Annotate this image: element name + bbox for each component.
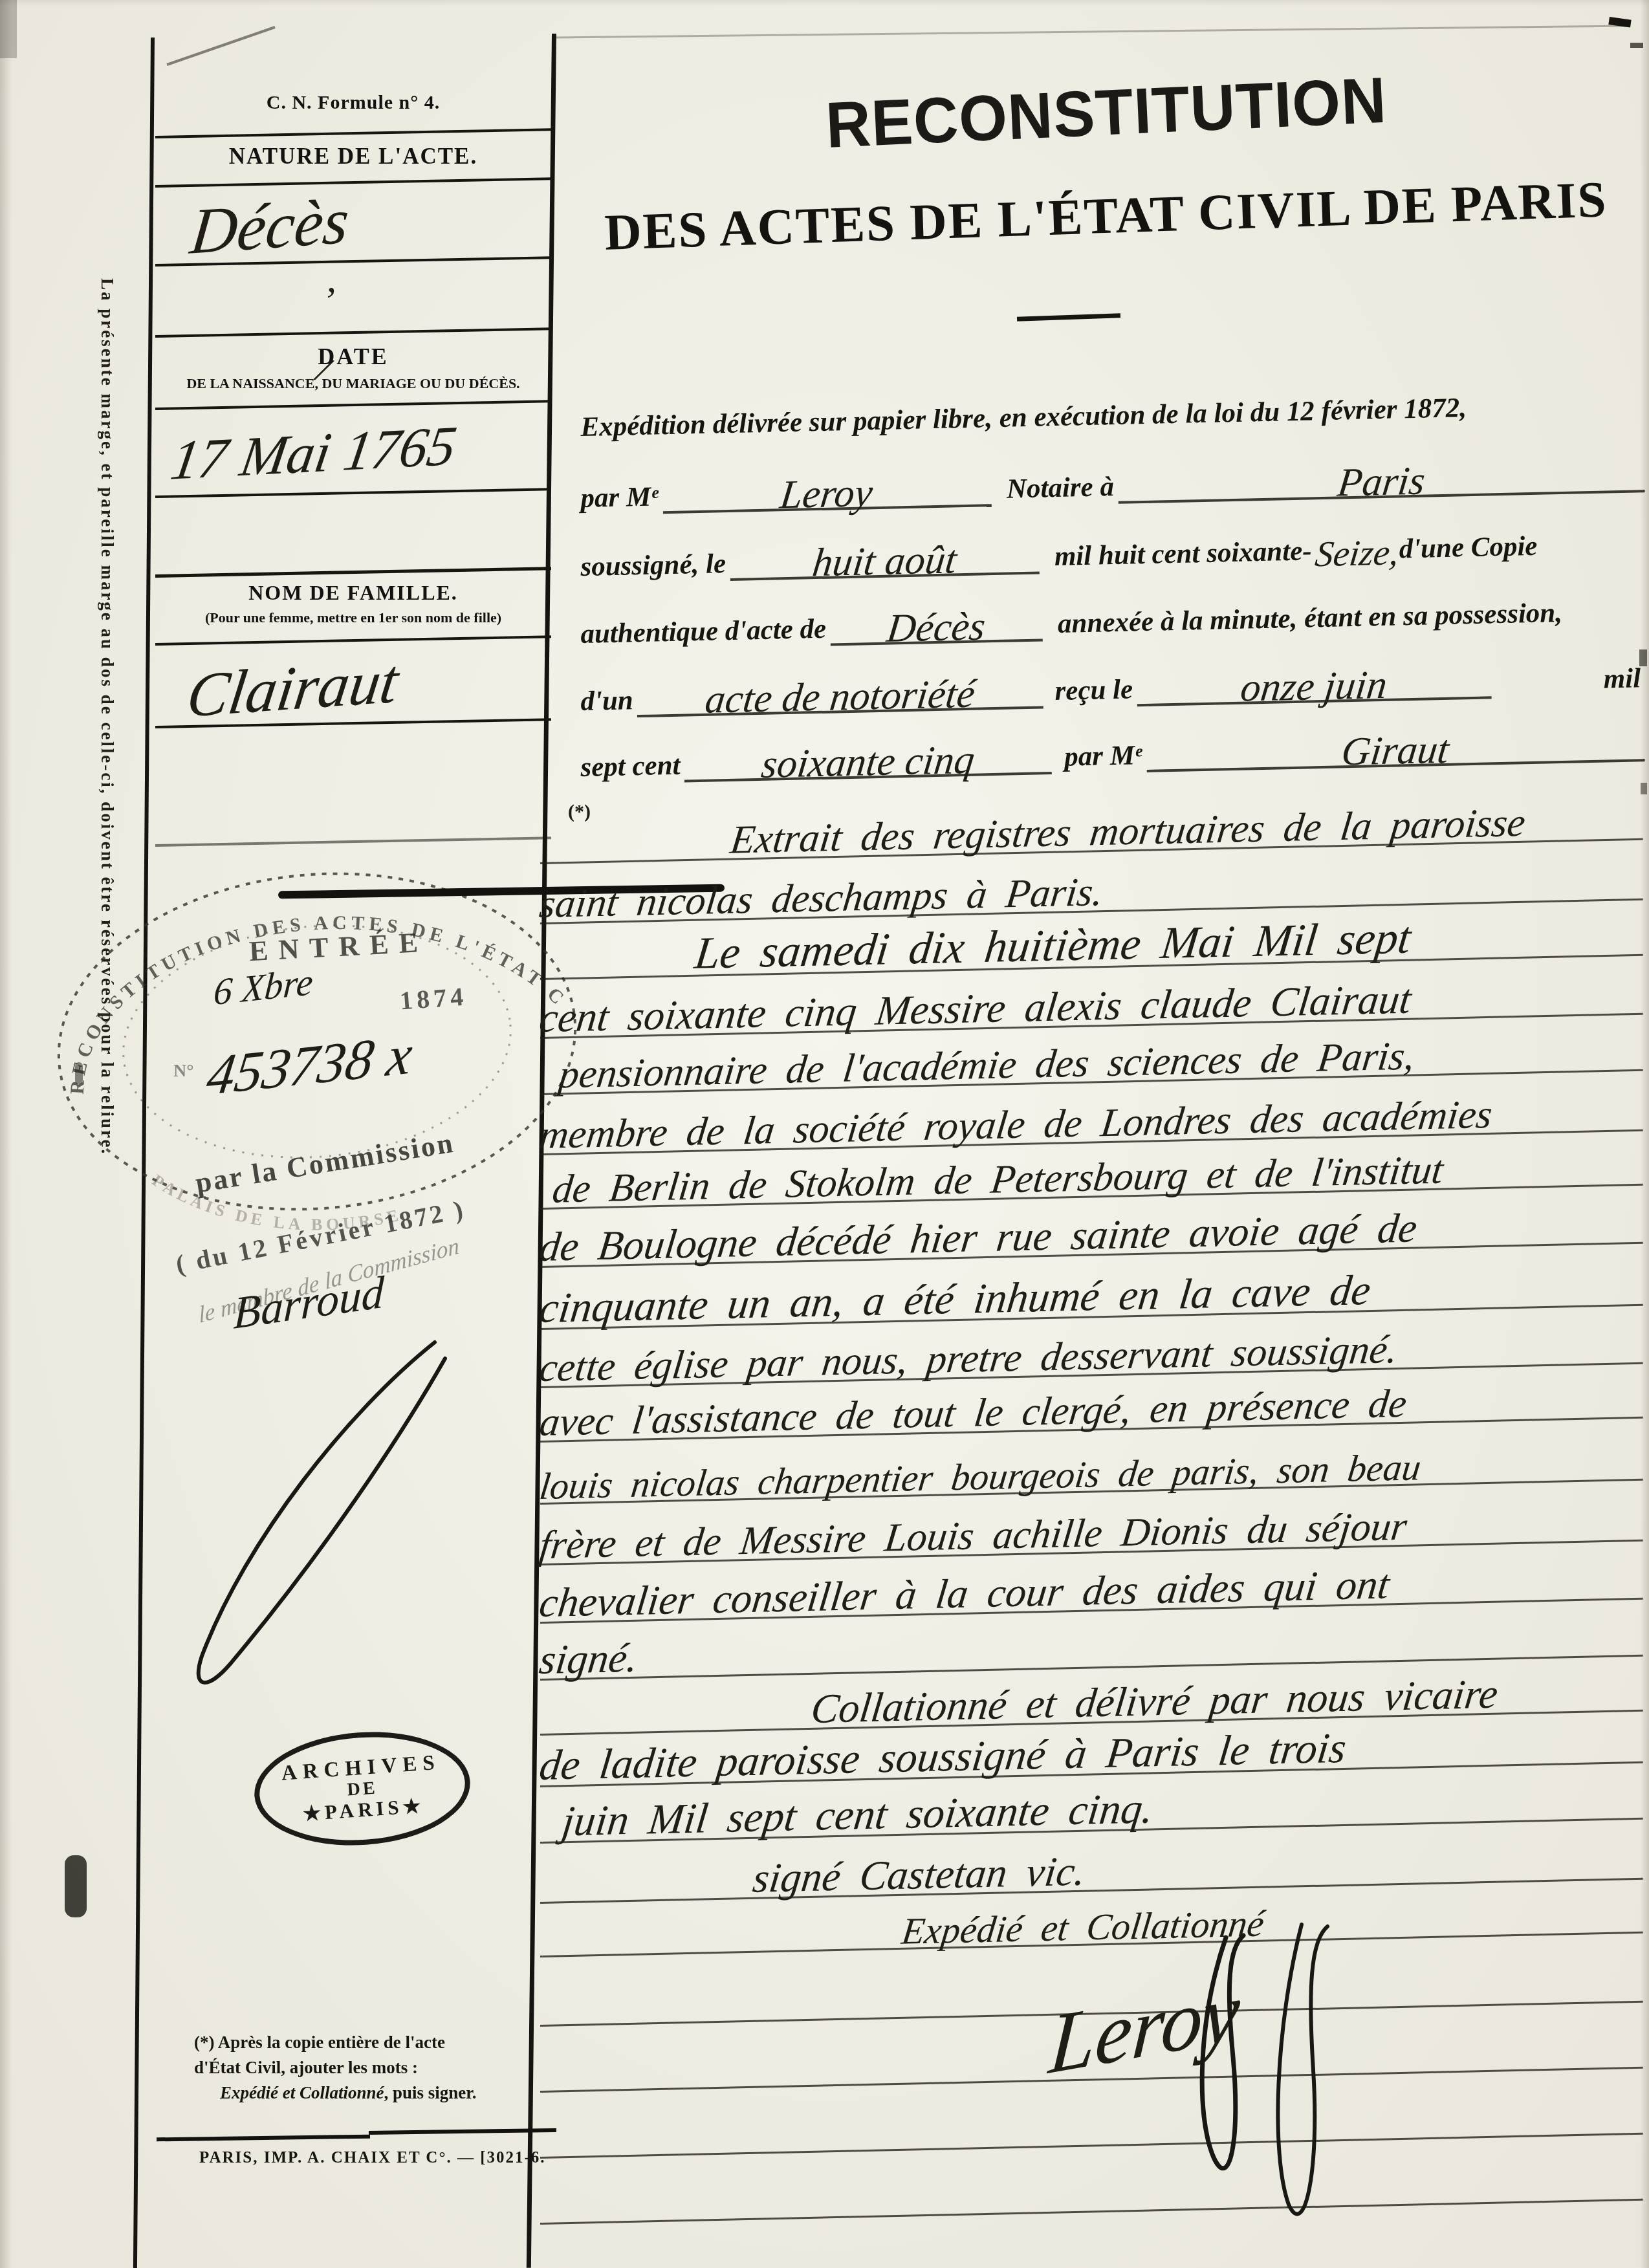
manuscript-text: frère et de Messire Louis achille Dionis… [537, 1504, 1409, 1569]
notary2-value: Giraut [1340, 737, 1450, 765]
nature-acte-label: NATURE DE L'ACTE. [155, 144, 551, 169]
leroy-signature: Leroy [1046, 1961, 1243, 2095]
printed-text: par Mᵉ [1051, 739, 1147, 774]
commission-stamp-line1: par la Commission [193, 1126, 457, 1200]
form-reference: C. N. Formule n° 4. [155, 92, 551, 114]
manuscript-line: cette église par nous, pretre desservant… [540, 1362, 1643, 1386]
act-date-value: huit août [811, 547, 958, 576]
act-year-value-wrap: Seize, [1315, 534, 1399, 568]
manuscript-line: membre de la société royale de Londres d… [540, 1129, 1643, 1153]
rule [155, 836, 551, 847]
archives-de-paris-stamp: ARCHIVES DE ★PARIS★ [250, 1725, 474, 1853]
manuscript-text: de ladite paroisse soussigné à Paris le … [537, 1724, 1349, 1791]
manuscript-line: frère et de Messire Louis achille Dionis… [540, 1540, 1643, 1564]
printed-text: Expédition délivrée sur papier libre, en… [580, 392, 1471, 444]
notary2-field: Giraut [1146, 726, 1644, 772]
manuscript-rule [540, 2133, 1643, 2159]
printed-text: d'un [580, 684, 637, 719]
manuscript-line: signé Castetan vic. [540, 1878, 1643, 1902]
manuscript-text: juin Mil sept cent soixante cinq. [560, 1784, 1156, 1846]
page-title: RECONSTITUTION [811, 63, 1402, 164]
manuscript-line: juin Mil sept cent soixante cinq. [540, 1818, 1643, 1842]
recu-date-value: onze juin [1239, 672, 1388, 701]
footnote-line3-italic: Expédié et Collationné [220, 2083, 384, 2102]
rule [155, 177, 551, 188]
footnote-line3-rest: , puis signer. [384, 2083, 477, 2102]
entry-stamp-entree: ENTRÉE [248, 926, 429, 968]
barroud-signature: Barroud [233, 1267, 385, 1340]
printed-text: sept cent [580, 750, 684, 785]
acte-notoriete-value: acte de notoriété [704, 681, 976, 713]
acte-type-field: Décès [830, 605, 1043, 646]
expedition-line4: authentique d'acte de Décès annexée à la… [580, 593, 1645, 651]
scan-edge-line [556, 26, 1630, 38]
manuscript-line: de Boulogne décédé hier rue sainte avoie… [540, 1242, 1643, 1266]
recu-year-field: soixante cinq [684, 739, 1052, 782]
rule [155, 128, 551, 138]
family-name-label: NOM DE FAMILLE. [155, 581, 551, 605]
act-date-field: huit août [729, 539, 1039, 581]
printed-text: par Mᵉ [580, 481, 663, 516]
title-rule [1017, 313, 1120, 322]
notary-city-field: Paris [1117, 457, 1644, 504]
recu-date-field: onze juin [1136, 663, 1491, 706]
expedition-line5: d'un acte de notoriété reçu le onze juin… [580, 660, 1645, 719]
family-name-sublabel: (Pour une femme, mettre en 1er son nom d… [155, 609, 551, 626]
printed-text: mil [1491, 662, 1644, 699]
printed-text: mil huit cent soixante- [1038, 535, 1316, 574]
manuscript-line [540, 2133, 1643, 2157]
printed-text: reçu le [1043, 673, 1137, 708]
act-year-value: Seize, [1314, 540, 1401, 567]
manuscript-text: cette église par nous, pretre desservant… [537, 1327, 1400, 1391]
notary-name-field: Leroy [662, 471, 991, 514]
manuscript-text: avec l'assistance de tout le clergé, en … [537, 1381, 1409, 1446]
recu-year-value: soixante cinq [760, 747, 976, 778]
manuscript-text: saint nicolas deschamps à Paris. [537, 869, 1106, 928]
footnote-marker: (*) [568, 801, 591, 823]
printed-text: authentique d'acte de [580, 613, 831, 651]
rule [155, 327, 551, 338]
printed-text: soussigné, le [580, 548, 730, 584]
document-page: La présente marge, et pareille marge au … [0, 0, 1649, 2268]
rule [155, 635, 551, 646]
rule [155, 400, 551, 410]
nature-acte-value: Décès [187, 183, 353, 269]
entry-stamp-day: 6 Xbre [212, 960, 314, 1014]
manuscript-text: louis nicolas charpentier bourgeois de p… [537, 1445, 1423, 1508]
form-left-border [133, 38, 155, 2268]
footnote-line2: d'État Civil, ajouter les mots : [194, 2055, 563, 2080]
archives-stamp-line: ★PARIS★ [302, 1794, 425, 1826]
entry-stamp-number: 453738 x [203, 1021, 417, 1108]
page-subtitle: DES ACTES DE L'ÉTAT CIVIL DE PARIS [562, 169, 1649, 264]
manuscript-text: de Boulogne décédé hier rue sainte avoie… [537, 1204, 1419, 1271]
manuscript-text: Expédié et Collationné [899, 1901, 1266, 1952]
acte-type-value: Décès [886, 613, 987, 641]
family-name-value: Clairaut [182, 644, 402, 732]
expedition-line6: sept cent soixante cinq par Mᵉ Giraut [580, 726, 1645, 785]
printed-text: annexée à la minute, étant en sa possess… [1042, 597, 1567, 642]
manuscript-line: cent soixante cinq Messire alexis claude… [540, 1013, 1643, 1037]
manuscript-line: Expédié et Collationné [540, 1932, 1643, 1956]
manuscript-line [540, 2199, 1643, 2223]
notary-city-value: Paris [1336, 468, 1426, 496]
manuscript-line: de ladite paroisse soussigné à Paris le … [540, 1761, 1643, 1785]
binding-margin-note: La présente marge, et pareille marge au … [97, 278, 117, 1779]
manuscript-line: cinquante un an, a été inhumé en la cave… [540, 1304, 1643, 1328]
manuscript-text: pensionnaire de l'académie des sciences … [556, 1033, 1417, 1098]
manuscript-line: de Berlin de Stokolm de Petersbourg et d… [540, 1184, 1643, 1208]
form-footnote: (*) Après la copie entière de l'acte d'É… [194, 2030, 563, 2106]
acte-notoriete-field: acte de notoriété [637, 673, 1043, 717]
expedition-line1: Expédition délivrée sur papier libre, en… [580, 388, 1645, 444]
date-value: 17 Mai 1765 [166, 413, 461, 493]
date-sublabel: DE LA NAISSANCE, DU MARIAGE OU DU DÉCÈS. [155, 375, 551, 392]
manuscript-text: Extrait des registres mortuaires de la p… [728, 800, 1528, 864]
notary-name-value: Leroy [779, 480, 874, 508]
manuscript-text: chevalier conseiller à la cour des aides… [537, 1560, 1392, 1627]
barroud-paraph [199, 1342, 445, 1683]
manuscript-line: pensionnaire de l'académie des sciences … [540, 1069, 1643, 1093]
entry-stamp-year: 1874 [399, 981, 468, 1016]
manuscript-line: Extrait des registres mortuaires de la p… [540, 838, 1643, 862]
manuscript-text: membre de la société royale de Londres d… [537, 1092, 1494, 1159]
manuscript-text: cinquante un an, a été inhumé en la cave… [537, 1266, 1373, 1333]
expedition-line2: par Mᵉ Leroy Notaire à Paris [580, 457, 1645, 516]
manuscript-line: Le samedi dix huitième Mai Mil sept [540, 954, 1643, 978]
rule [155, 567, 551, 578]
printed-text: d'une Copie [1399, 530, 1542, 567]
leroy-paraph2 [1278, 1925, 1327, 2214]
footnote-line3: Expédié et Collationné, puis signer. [194, 2080, 563, 2106]
manuscript-text: cent soixante cinq Messire alexis claude… [537, 976, 1414, 1043]
date-label: DATE [155, 343, 551, 370]
manuscript-text: de Berlin de Stokolm de Petersbourg et d… [550, 1147, 1446, 1212]
entry-stamp-number-prefix: N° [173, 1061, 193, 1082]
printer-imprint: PARIS, IMP. A. CHAIX ET C°. — [3021-6. [199, 2149, 546, 2167]
manuscript-text: Le samedi dix huitième Mai Mil sept [692, 913, 1414, 980]
footnote-line1: (*) Après la copie entière de l'acte [194, 2030, 563, 2055]
printed-text: Notaire à [990, 471, 1118, 507]
stray-mark: ’ [322, 278, 335, 323]
expedition-line3: soussigné, le huit août mil huit cent so… [580, 525, 1645, 584]
manuscript-text: Collationné et délivré par nous vicaire [809, 1670, 1501, 1733]
manuscript-text: signé. [537, 1634, 640, 1685]
footer-rule [157, 2135, 370, 2142]
manuscript-rule [540, 1878, 1643, 1904]
manuscript-rule [540, 2199, 1643, 2225]
manuscript-line: avec l'assistance de tout le clergé, en … [540, 1417, 1643, 1441]
fold-line [167, 27, 275, 65]
manuscript-text: signé Castetan vic. [750, 1848, 1088, 1903]
manuscript-line: louis nicolas charpentier bourgeois de p… [540, 1479, 1643, 1503]
manuscript-line: chevalier conseiller à la cour des aides… [540, 1598, 1643, 1622]
